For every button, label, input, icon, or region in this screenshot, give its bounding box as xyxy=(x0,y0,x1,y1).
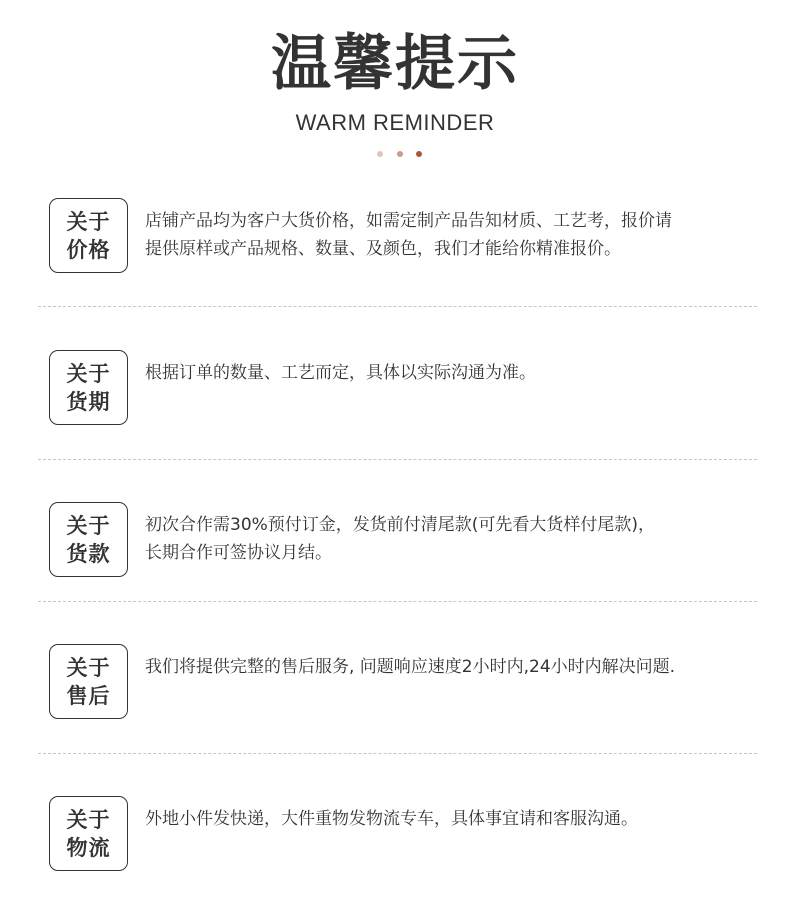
section-description: 初次合作需30%预付订金，发货前付清尾款(可先看大货样付尾款)， 长期合作可签协… xyxy=(145,511,755,567)
section-badge: 关于 价格 xyxy=(49,198,128,273)
badge-line: 关于 xyxy=(67,654,111,682)
section-description: 外地小件发快递，大件重物发物流专车，具体事宜请和客服沟通。 xyxy=(145,805,755,833)
badge-line: 售后 xyxy=(67,682,111,710)
badge-line: 关于 xyxy=(67,806,111,834)
description-line: 长期合作可签协议月结。 xyxy=(145,539,755,567)
section-description: 我们将提供完整的售后服务, 问题响应速度2小时内,24小时内解决问题. xyxy=(145,653,755,681)
badge-line: 关于 xyxy=(67,360,111,388)
page-title: 温馨提示 xyxy=(0,28,790,100)
section-badge: 关于 售后 xyxy=(49,644,128,719)
description-line: 初次合作需30%预付订金，发货前付清尾款(可先看大货样付尾款)， xyxy=(145,511,755,539)
section-description: 店铺产品均为客户大货价格，如需定制产品告知材质、工艺考，报价请 提供原样或产品规… xyxy=(145,207,755,263)
badge-line: 关于 xyxy=(67,512,111,540)
dot-icon xyxy=(377,151,383,157)
dashed-divider xyxy=(38,459,757,460)
section-description: 根据订单的数量、工艺而定，具体以实际沟通为准。 xyxy=(145,359,755,387)
section-badge: 关于 货款 xyxy=(49,502,128,577)
description-line: 外地小件发快递，大件重物发物流专车，具体事宜请和客服沟通。 xyxy=(145,805,755,833)
badge-line: 关于 xyxy=(67,208,111,236)
section-badge: 关于 物流 xyxy=(49,796,128,871)
dot-icon xyxy=(397,151,403,157)
section-badge: 关于 货期 xyxy=(49,350,128,425)
description-line: 提供原样或产品规格、数量、及颜色，我们才能给你精准报价。 xyxy=(145,235,755,263)
badge-line: 货款 xyxy=(67,540,111,568)
dashed-divider xyxy=(38,306,757,307)
dashed-divider xyxy=(38,601,757,602)
description-line: 我们将提供完整的售后服务, 问题响应速度2小时内,24小时内解决问题. xyxy=(145,653,755,681)
badge-line: 物流 xyxy=(67,834,111,862)
badge-line: 货期 xyxy=(67,388,111,416)
dot-icon xyxy=(416,151,422,157)
decorative-dots xyxy=(0,151,790,158)
page-subtitle: WARM REMINDER xyxy=(0,109,790,137)
dashed-divider xyxy=(38,753,757,754)
badge-line: 价格 xyxy=(67,236,111,264)
description-line: 根据订单的数量、工艺而定，具体以实际沟通为准。 xyxy=(145,359,755,387)
description-line: 店铺产品均为客户大货价格，如需定制产品告知材质、工艺考，报价请 xyxy=(145,207,755,235)
